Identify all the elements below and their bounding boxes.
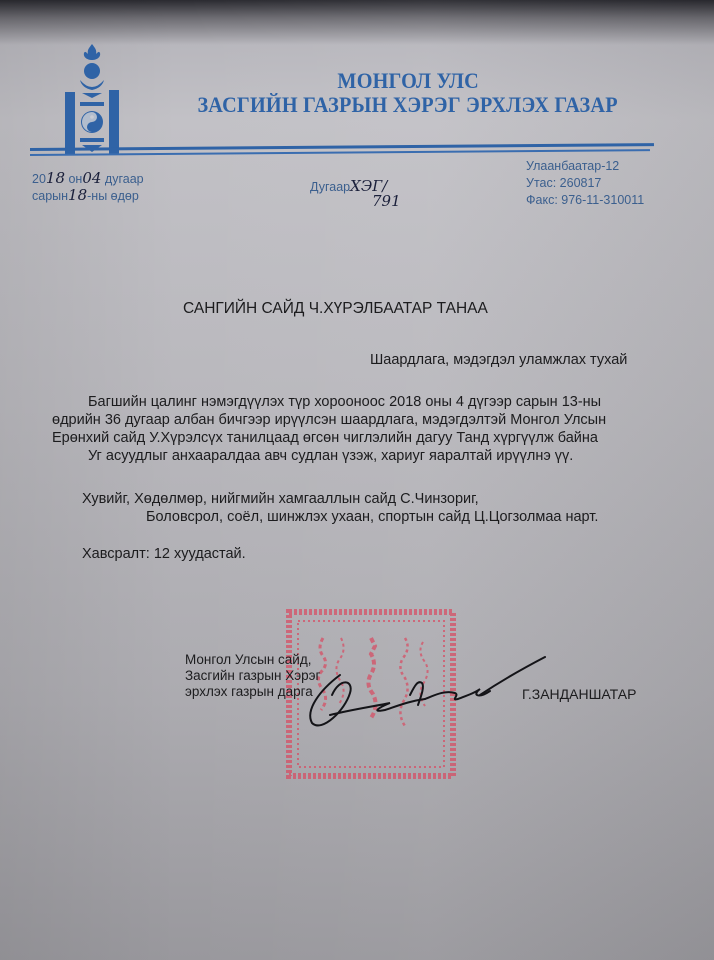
body-line: Ерөнхий сайд У.Хүрэлсүх танилцаад өгсөн … (52, 429, 672, 447)
body-line: Багшийн цалинг нэмэгдүүлэх түр хорооноос… (52, 393, 672, 411)
signer-name: Г.ЗАНДАНШАТАР (522, 685, 636, 703)
copy-to-line: Боловсрол, соёл, шинжлэх ухаан, спортын … (82, 508, 598, 526)
handwritten-signature-icon (300, 655, 550, 735)
letter-page: МОНГОЛ УЛС ЗАСГИЙН ГАЗРЫН ХЭРЭГ ЭРХЛЭХ Г… (0, 0, 714, 960)
date-sarin-label: сарын (32, 189, 68, 203)
body-line: өдрийн 36 дугаар албан бичгээр ирүүлсэн … (52, 411, 672, 429)
body-line: Уг асуудлыг анхааралдаа авч судлан үзэж,… (52, 447, 672, 465)
address-fax: Факс: 976-11-310011 (526, 192, 644, 209)
date-day-handwritten: 18 (68, 186, 87, 204)
attachment-note: Хавсралт: 12 хуудастай. (82, 545, 246, 563)
copy-to: Хувийг, Хөдөлмөр, нийгмийн хамгааллын са… (82, 490, 598, 526)
reference-number-handwritten: 791 (372, 193, 401, 209)
reference-label: Дугаар (310, 180, 350, 194)
date-month-handwritten: 04 (82, 169, 101, 187)
address-city: Улаанбаатар-12 (526, 158, 644, 175)
date-month-suffix: дугаар (105, 172, 144, 186)
date-on-label: он (68, 172, 82, 186)
addressee: САНГИЙН САЙД Ч.ХҮРЭЛБААТАР ТАНАА (183, 300, 488, 318)
date-day-suffix: -ны өдөр (87, 189, 139, 203)
address-block: Улаанбаатар-12 Утас: 260817 Факс: 976-11… (526, 158, 644, 209)
letterhead-country: МОНГОЛ УЛС (215, 68, 601, 94)
address-phone: Утас: 260817 (526, 175, 644, 192)
soyombo-emblem-icon (62, 42, 122, 158)
reference-number: ДугаарХЭГ/ 791 (310, 178, 401, 209)
body-paragraph: Багшийн цалинг нэмэгдүүлэх түр хорооноос… (52, 393, 672, 465)
date-year-prefix: 20 (32, 172, 46, 186)
subject-line: Шаардлага, мэдэгдэл уламжлах тухай (370, 351, 627, 369)
copy-to-line: Хувийг, Хөдөлмөр, нийгмийн хамгааллын са… (82, 490, 598, 508)
letterhead-organization: ЗАСГИЙН ГАЗРЫН ХЭРЭГ ЭРХЛЭХ ГАЗАР (150, 92, 665, 118)
date-block: 2018 он04 дугаар сарын18-ны өдөр (32, 170, 144, 204)
date-year-handwritten: 18 (46, 169, 65, 187)
